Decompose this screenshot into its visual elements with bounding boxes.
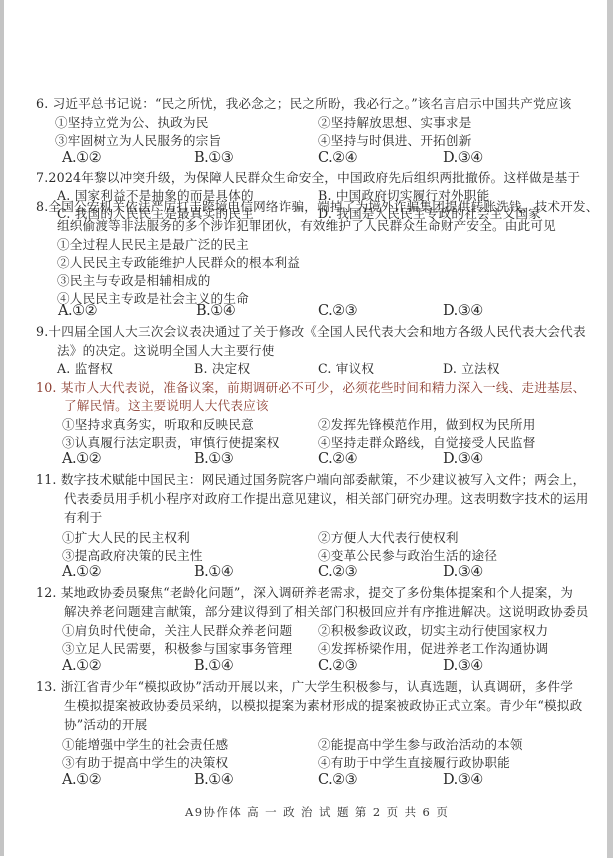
answer-choice-d: D.③④ [443,772,483,788]
option: ③认真履行法定职责，审慎行使提案权 [62,435,280,451]
answer-choice-a: A.①② [62,564,101,580]
answer-choice-c: C.②③ [318,658,357,674]
question-13-stem-line-3: 协”活动的开展 [64,717,147,733]
answer-choice-d: D.③④ [443,451,483,467]
option: ④发挥桥梁作用，促进养老工作沟通协调 [318,641,548,657]
option: ④坚持与时俱进、开拓创新 [318,133,472,149]
question-9-stem-line-1: 9.十四届全国人大三次会议表决通过了关于修改《全国人民代表大会和地方各级人民代表… [36,324,586,340]
option: ③民主与专政是相辅相成的 [57,273,211,289]
question-6-stem: 6. 习近平总书记说：“民之所忧，我必念之；民之所盼，我必行之。”该名言启示中国… [36,96,571,112]
question-11-stem-line-2: 代表委员用手机小程序对政府工作提出意见建议，相关部门研究办理。这表明数字技术的运… [64,491,589,507]
option: ②坚持解放思想、实事求是 [318,115,472,131]
option: B. 决定权 [194,361,250,377]
answer-choice-a: A.①② [62,658,101,674]
question-9-stem-line-2: 法》的决定。这说明全国人大主要行使 [57,343,275,359]
answer-choice-a: A.①② [62,150,101,166]
question-8-stem-line-1: 8.全国公安机关依法严厉打击跨境电信网络诈骗，端掉了为境外诈骗集团提供转账洗钱、… [36,199,599,215]
option: ③有助于提高中学生的决策权 [62,755,228,771]
option: ④变革公民参与政治生活的途径 [318,548,497,564]
answer-choice-a: A.①② [58,303,97,319]
question-13-stem-line-2: 生模拟提案被政协委员采纳，以模拟提案为素材形成的提案被政协正式立案。青少年“模拟… [64,698,582,714]
answer-choice-c: C.②④ [318,451,357,467]
answer-choice-d: D.③④ [443,150,483,166]
question-8-stem-line-2: 组织偷渡等非法服务的多个涉诈犯罪团伙，有效维护了人民群众生命财产安全。由此可见 [57,218,556,234]
option: ①扩大人民的民主权利 [62,530,190,546]
option: ②人民民主专政能维护人民群众的根本利益 [57,255,300,271]
answer-choice-a: A.①② [62,451,101,467]
option: ②发挥先锋模范作用，做到权为民所用 [318,417,536,433]
page-footer: A9协作体 高 一 政 治 试 题 第 2 页 共 6 页 [185,804,449,820]
option: A. 监督权 [57,361,113,377]
option: ①肩负时代使命，关注人民群众养老问题 [62,623,292,639]
option: C. 审议权 [318,361,374,377]
option: D. 立法权 [443,361,500,377]
option: ①全过程人民民主是最广泛的民主 [57,237,249,253]
answer-choice-b: B.①④ [194,772,233,788]
question-12-stem-line-2: 解决养老问题建言献策，部分建议得到了相关部门积极回应并有序推进解决。这说明政协委… [64,604,589,620]
option: ②方便人大代表行使权利 [318,530,459,546]
answer-choice-b: B.①③ [194,451,233,467]
option: ③提高政府决策的民主性 [62,548,203,564]
option: ①坚持立党为公、执政为民 [55,115,209,131]
answer-choice-d: D.③④ [443,564,483,580]
answer-choice-b: B.①④ [196,303,235,319]
answer-choice-b: B.①④ [194,564,233,580]
answer-choice-d: D.③④ [443,303,483,319]
question-12-stem-line-1: 12. 某地政协委员聚焦“老龄化问题”，深入调研养老需求，提交了多份集体提案和个… [36,585,573,601]
answer-choice-a: A.①② [62,772,101,788]
option: ④有助于中学生直接履行政协职能 [318,755,510,771]
answer-choice-b: B.①③ [194,150,233,166]
exam-page: 6. 习近平总书记说：“民之所忧，我必念之；民之所盼，我必行之。”该名言启示中国… [0,0,613,858]
answer-choice-c: C.②③ [318,564,357,580]
question-10-stem-line-2: 了解民情。这主要说明人大代表应该 [64,398,269,414]
question-13-stem-line-1: 13. 浙江省青少年“模拟政协”活动开展以来，广大学生积极参与，认真选题，认真调… [36,679,573,695]
option: ③牢固树立为人民服务的宗旨 [55,133,221,149]
option: ④坚持走群众路线，自觉接受人民监督 [318,435,536,451]
answer-choice-b: B.①④ [194,658,233,674]
question-7-stem: 7.2024年黎以冲突升级，为保障人民群众生命安全，中国政府先后组织两批撤侨。这… [36,170,580,186]
answer-choice-c: C.②④ [318,150,357,166]
option: ①能增强中学生的社会责任感 [62,737,228,753]
answer-choice-d: D.③④ [443,658,483,674]
question-10-stem-line-1: 10. 某市人大代表说，准备议案，前期调研必不可少，必须花些时间和精力深入一线、… [36,380,585,396]
option: ①坚持求真务实，听取和反映民意 [62,417,254,433]
question-11-stem-line-3: 有利于 [64,510,102,526]
option: ③立足人民需要，积极参与国家事务管理 [62,641,292,657]
option: ②能提高中学生参与政治活动的本领 [318,737,523,753]
answer-choice-c: C.②③ [318,303,357,319]
option: ②积极参政议政，切实主动行使国家权力 [318,623,548,639]
answer-choice-c: C.②③ [318,772,357,788]
question-11-stem-line-1: 11. 数字技术赋能中国民主：网民通过国务院客户端向部委献策，不少建议被写入文件… [36,472,585,488]
